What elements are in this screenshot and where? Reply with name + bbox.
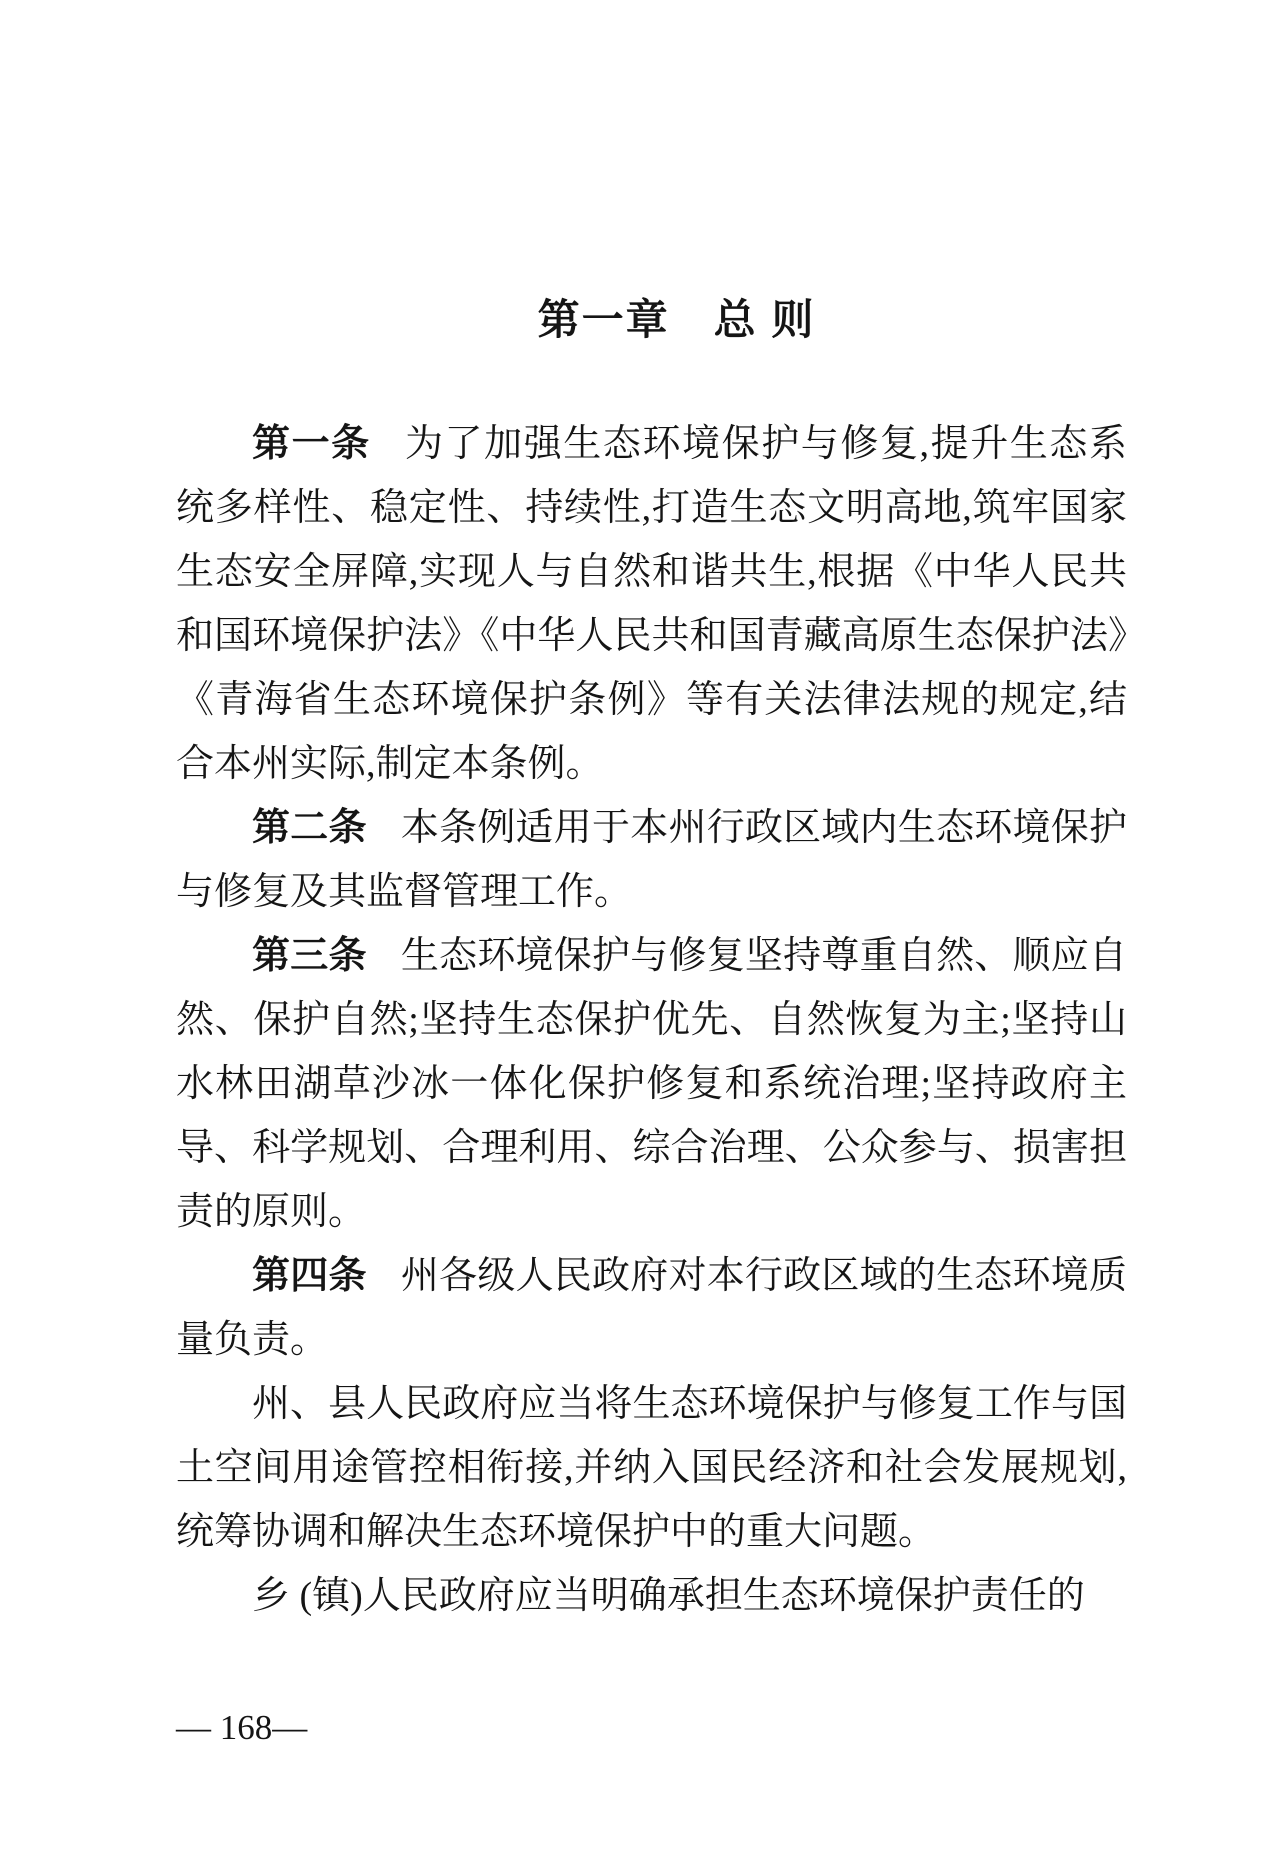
paragraph-article-1: 第一条为了加强生态环境保护与修复,提升生态系统多样性、稳定性、持续性,打造生态文… [176,412,1127,796]
article-4-number: 第四条 [252,1255,367,1297]
paragraph-article-4: 第四条州各级人民政府对本行政区域的生态环境质量负责。 [176,1244,1127,1372]
article-4-clause-3-text: 乡 (镇)人民政府应当明确承担生态环境保护责任的 [252,1575,1085,1617]
page-number: — 168— [176,1708,307,1748]
article-2-number: 第二条 [252,807,367,849]
paragraph-article-4-clause-2: 州、县人民政府应当将生态环境保护与修复工作与国土空间用途管控相衔接,并纳入国民经… [176,1372,1127,1564]
text-block: 第一章 总 则 第一条为了加强生态环境保护与修复,提升生态系统多样性、稳定性、持… [176,0,1127,1628]
article-1-number: 第一条 [252,423,371,465]
article-3-number: 第三条 [252,935,367,977]
body-text: 第一条为了加强生态环境保护与修复,提升生态系统多样性、稳定性、持续性,打造生态文… [176,412,1127,1628]
article-1-text: 为了加强生态环境保护与修复,提升生态系统多样性、稳定性、持续性,打造生态文明高地… [176,423,1127,785]
article-4-clause-2-text: 州、县人民政府应当将生态环境保护与修复工作与国土空间用途管控相衔接,并纳入国民经… [176,1383,1127,1553]
paragraph-article-4-clause-3: 乡 (镇)人民政府应当明确承担生态环境保护责任的 [176,1564,1127,1628]
article-3-text: 生态环境保护与修复坚持尊重自然、顺应自然、保护自然;坚持生态保护优先、自然恢复为… [176,935,1127,1233]
paragraph-article-3: 第三条生态环境保护与修复坚持尊重自然、顺应自然、保护自然;坚持生态保护优先、自然… [176,924,1127,1244]
paragraph-article-2: 第二条本条例适用于本州行政区域内生态环境保护与修复及其监督管理工作。 [176,796,1127,924]
document-page: 第一章 总 则 第一条为了加强生态环境保护与修复,提升生态系统多样性、稳定性、持… [0,0,1279,1852]
chapter-title: 第一章 总 则 [201,292,1152,348]
